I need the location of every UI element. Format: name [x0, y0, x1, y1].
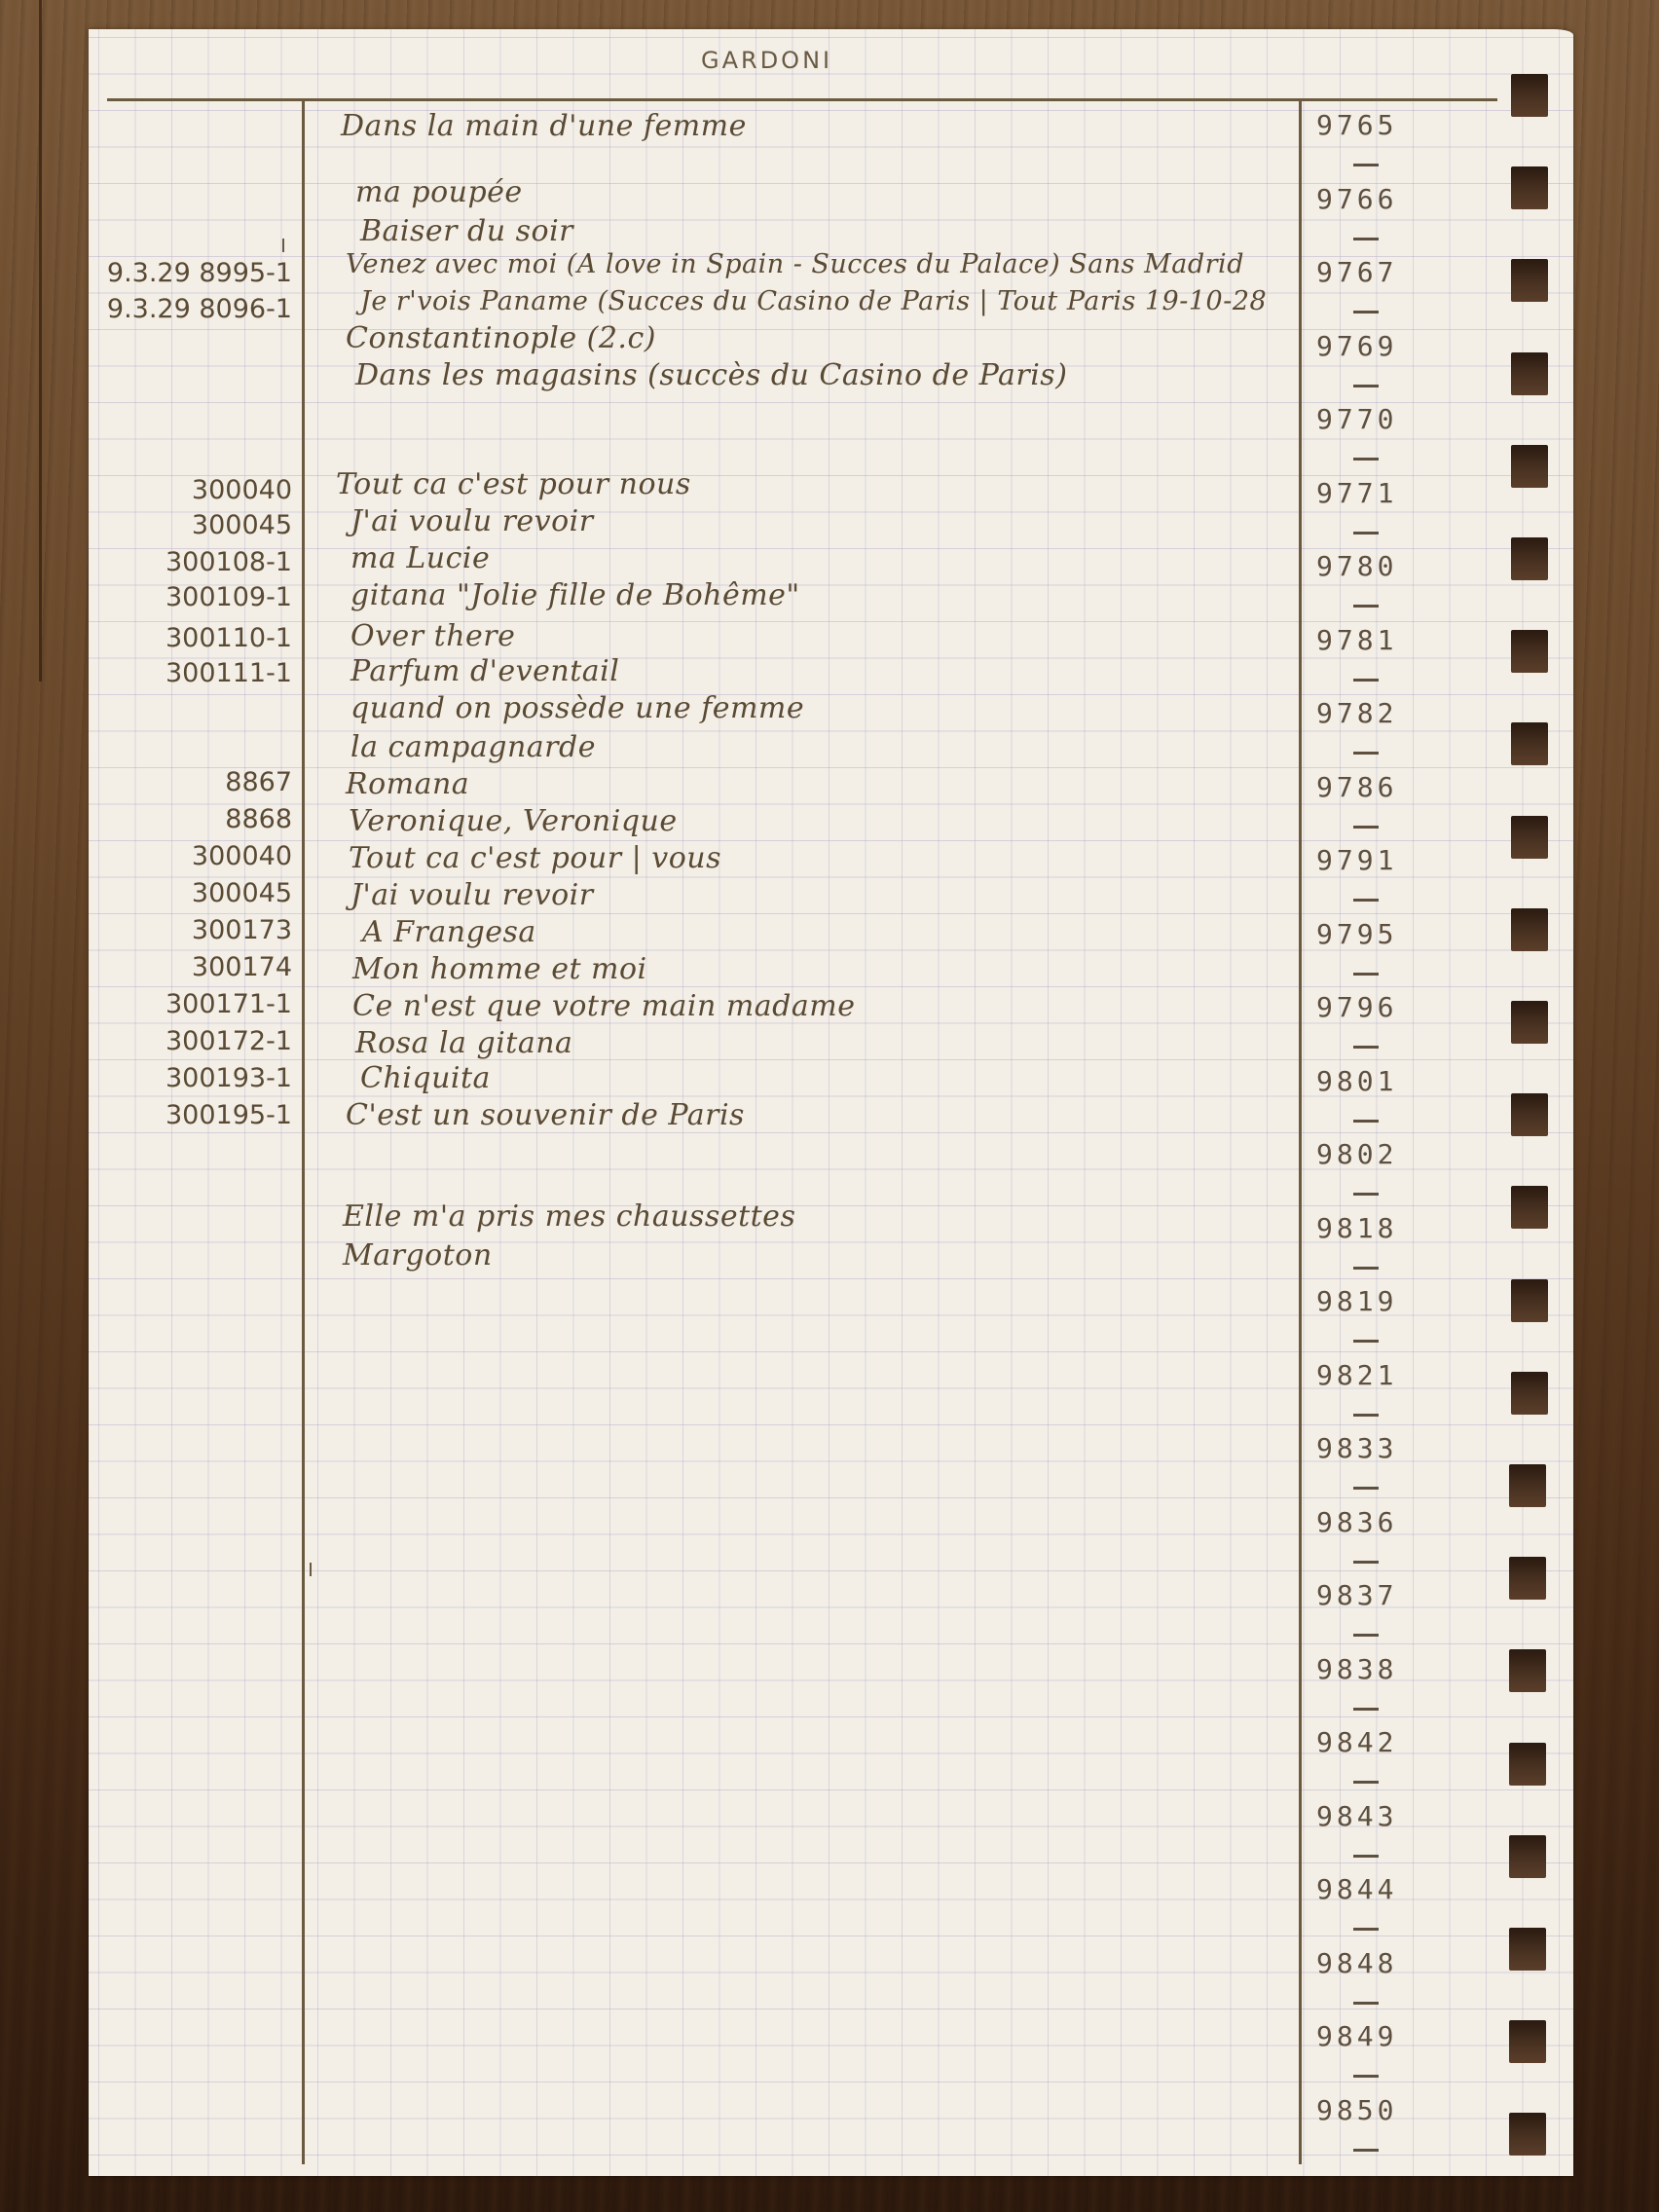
song-title: Baiser du soir [360, 214, 573, 248]
binding-hole [1511, 259, 1548, 302]
separator-dash [1353, 311, 1379, 313]
recording-code: 300173 [192, 915, 292, 945]
binding-hole [1511, 537, 1548, 580]
song-title: C'est un souvenir de Paris [346, 1098, 745, 1132]
separator-dash [1353, 2149, 1379, 2152]
catalogue-number: 9767 [1316, 256, 1397, 288]
song-title: Romana [346, 767, 469, 801]
catalogue-number: 9801 [1316, 1065, 1397, 1097]
separator-dash [1353, 458, 1379, 461]
catalogue-number: 9780 [1316, 550, 1397, 582]
recording-code: 300195-1 [166, 1100, 292, 1130]
separator-dash [1353, 1120, 1379, 1123]
song-title: Rosa la gitana [355, 1026, 572, 1060]
song-title: Chiquita [360, 1061, 491, 1095]
separator-dash [1353, 899, 1379, 902]
binding-hole [1511, 1093, 1548, 1136]
catalogue-number: 9850 [1316, 2094, 1397, 2126]
song-title: Venez avec moi (A love in Spain - Succes… [346, 249, 1244, 279]
song-title: gitana "Jolie fille de Bohême" [350, 578, 800, 612]
song-title: Tout ca c'est pour nous [336, 467, 691, 501]
binding-hole [1511, 445, 1548, 488]
binding-hole [1511, 908, 1548, 951]
catalogue-number: 9795 [1316, 918, 1397, 950]
recording-code: 300045 [192, 878, 292, 908]
binding-hole [1509, 1928, 1546, 1971]
song-title: Margoton [343, 1238, 493, 1272]
separator-dash [1353, 1708, 1379, 1711]
separator-dash [1353, 1193, 1379, 1196]
recording-code: 300171-1 [166, 989, 292, 1019]
recording-code: 300108-1 [166, 547, 292, 577]
catalogue-number: 9786 [1316, 771, 1397, 803]
separator-dash [1353, 826, 1379, 829]
catalogue-number: 9770 [1316, 403, 1397, 435]
song-title: Mon homme et moi [352, 952, 647, 986]
catalogue-number: 9836 [1316, 1506, 1397, 1538]
recording-code: 300193-1 [166, 1063, 292, 1093]
header-rule [107, 98, 1497, 101]
separator-dash [1353, 1340, 1379, 1343]
separator-dash [1353, 1561, 1379, 1564]
song-title: Constantinople (2.c) [346, 321, 656, 355]
separator-dash [1353, 679, 1379, 682]
song-title: Elle m'a pris mes chaussettes [343, 1199, 795, 1234]
song-title: Parfum d'eventail [350, 654, 619, 688]
song-title: Over there [350, 619, 515, 653]
binding-hole [1511, 630, 1548, 673]
page-title: GARDONI [701, 47, 832, 74]
catalogue-number: 9842 [1316, 1726, 1397, 1758]
separator-dash [1353, 1267, 1379, 1270]
separator-dash [1353, 973, 1379, 976]
song-title: Ce n'est que votre main madame [352, 989, 855, 1023]
catalogue-number: 9844 [1316, 1873, 1397, 1905]
song-title: J'ai voulu revoir [350, 878, 594, 912]
binding-hole [1509, 2113, 1546, 2156]
catalogue-number: 9819 [1316, 1285, 1397, 1317]
binding-hole [1511, 816, 1548, 859]
separator-dash [1353, 1046, 1379, 1049]
separator-dash [1353, 164, 1379, 166]
binding-hole [1511, 1279, 1548, 1322]
song-title: Dans la main d'une femme [341, 109, 747, 143]
catalogue-number: 9781 [1316, 624, 1397, 656]
catalogue-number: 9796 [1316, 991, 1397, 1023]
recording-code: 8868 [225, 804, 292, 834]
catalogue-number: 9838 [1316, 1653, 1397, 1685]
recording-code: 300040 [192, 841, 292, 871]
catalogue-number: 9833 [1316, 1432, 1397, 1464]
recording-code: 9.3.29 8096-1 [107, 294, 292, 324]
catalogue-number: 9821 [1316, 1359, 1397, 1391]
binding-hole [1511, 1372, 1548, 1415]
recording-code: 300045 [192, 510, 292, 540]
binding-hole [1511, 352, 1548, 395]
catalogue-number: 9843 [1316, 1800, 1397, 1832]
binding-hole [1509, 1743, 1546, 1786]
recording-code: 300110-1 [166, 623, 292, 653]
song-title: Dans les magasins (succès du Casino de P… [355, 358, 1067, 392]
catalogue-number: 9818 [1316, 1212, 1397, 1244]
catalogue-number: 9791 [1316, 844, 1397, 876]
song-title: ma Lucie [350, 541, 490, 575]
recording-code: 300040 [192, 475, 292, 505]
song-title: A Frangesa [362, 915, 536, 949]
separator-dash [1353, 2075, 1379, 2078]
separator-dash [1353, 1855, 1379, 1858]
catalogue-number: 9769 [1316, 330, 1397, 362]
binding-hole [1511, 74, 1548, 117]
separator-dash [1353, 1781, 1379, 1784]
catalogue-number: 9782 [1316, 697, 1397, 729]
right-column-rule [1299, 100, 1302, 2164]
song-title: quand on possède une femme [350, 691, 804, 725]
separator-dash [1353, 1487, 1379, 1490]
margin-mark [282, 239, 284, 252]
separator-dash [1353, 238, 1379, 240]
left-column-rule [302, 100, 305, 2164]
song-title: ma poupée [355, 175, 523, 209]
recording-code: 300109-1 [166, 582, 292, 612]
song-title: J'ai voulu revoir [350, 504, 594, 538]
recording-code: 9.3.29 8995-1 [107, 258, 292, 288]
song-title: la campagnarde [350, 730, 596, 764]
binding-hole [1509, 2020, 1546, 2063]
catalogue-number: 9848 [1316, 1947, 1397, 1979]
recording-code: 300174 [192, 952, 292, 982]
separator-dash [1353, 752, 1379, 755]
catalogue-number: 9771 [1316, 477, 1397, 509]
binding-hole [1511, 166, 1548, 209]
catalogue-number: 9765 [1316, 109, 1397, 141]
recording-code: 300111-1 [166, 658, 292, 688]
separator-dash [1353, 1928, 1379, 1931]
catalogue-number: 9766 [1316, 183, 1397, 215]
separator-dash [1353, 532, 1379, 535]
catalogue-number: 9802 [1316, 1138, 1397, 1170]
song-title: Je r'vois Paname (Succes du Casino de Pa… [360, 286, 1267, 316]
binding-hole [1511, 1186, 1548, 1229]
separator-dash [1353, 1414, 1379, 1417]
song-title: Tout ca c'est pour | vous [349, 841, 721, 875]
separator-dash [1353, 2002, 1379, 2005]
binding-hole [1509, 1557, 1546, 1600]
binding-hole [1511, 722, 1548, 765]
binding-hole [1509, 1464, 1546, 1507]
separator-dash [1353, 605, 1379, 608]
recording-code: 300172-1 [166, 1026, 292, 1056]
catalogue-number: 9837 [1316, 1579, 1397, 1611]
catalogue-number: 9849 [1316, 2020, 1397, 2052]
wood-grain [39, 0, 42, 682]
binding-hole [1509, 1649, 1546, 1692]
binding-hole [1511, 1001, 1548, 1044]
song-title: Veronique, Veronique [349, 804, 678, 838]
separator-dash [1353, 385, 1379, 387]
recording-code: 8867 [225, 767, 292, 797]
separator-dash [1353, 1634, 1379, 1637]
binding-hole [1509, 1835, 1546, 1878]
margin-mark [310, 1563, 312, 1576]
